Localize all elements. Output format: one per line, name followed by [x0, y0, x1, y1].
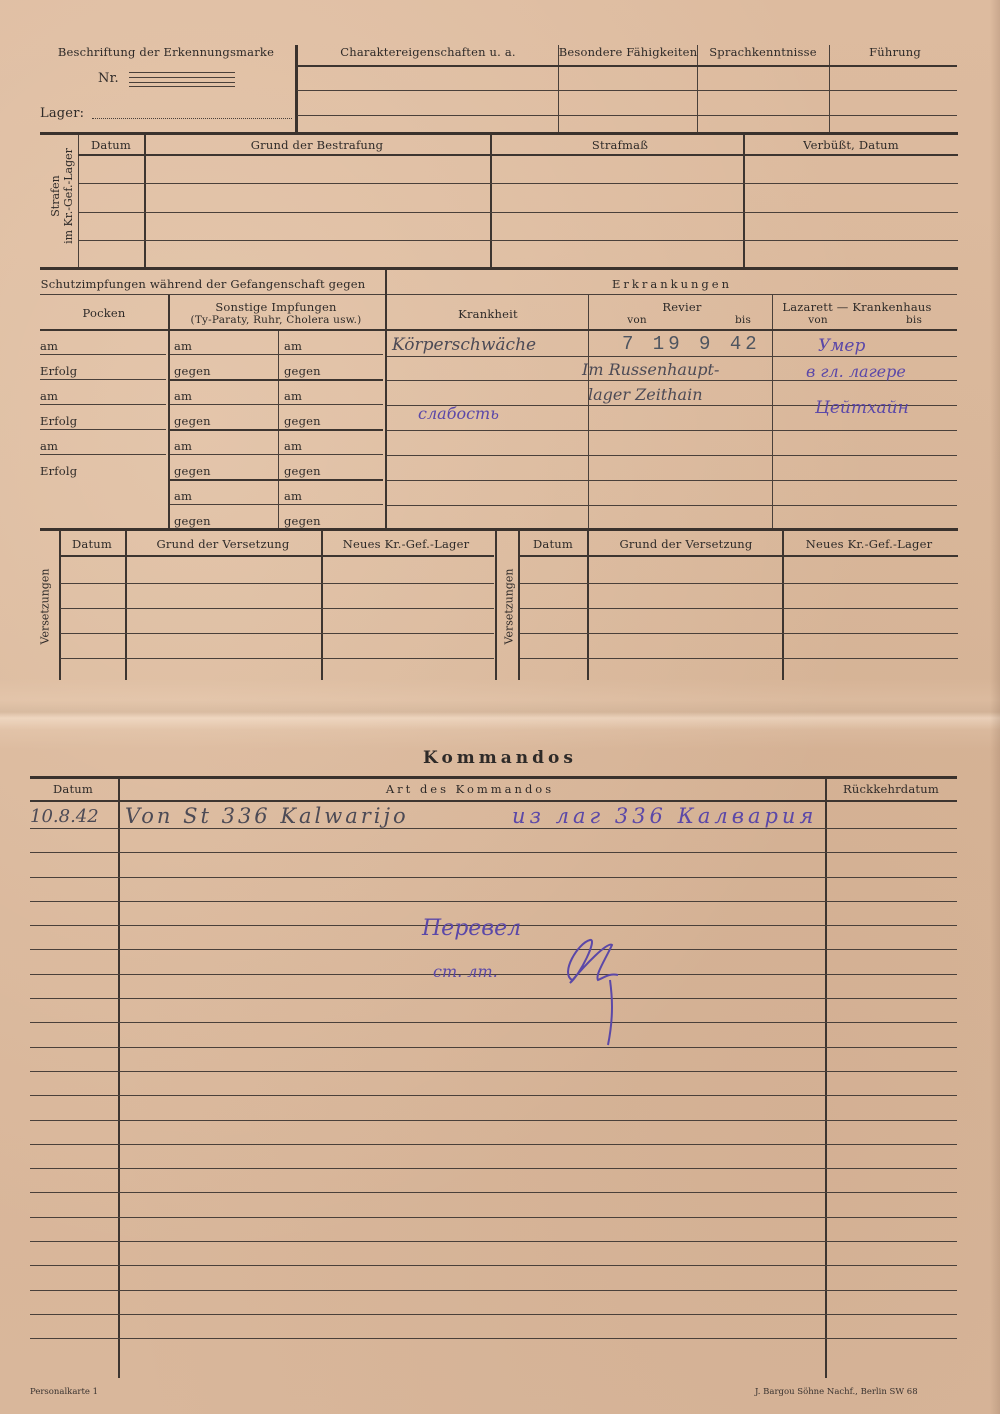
- divider: [118, 778, 120, 1378]
- versetzung-col-lager: Neues Kr.-Gef.-Lager: [343, 537, 470, 551]
- sonstige-row: gegen: [174, 364, 211, 378]
- rule: [387, 329, 957, 331]
- erkennungsmarke-label: Beschriftung der Erkennungsmarke: [58, 45, 274, 59]
- strafen-col-grund: Grund der Bestrafung: [251, 138, 383, 152]
- krankheit-label: Krankheit: [458, 307, 518, 321]
- rule: [30, 1095, 957, 1096]
- paper-edge: [990, 0, 1000, 1414]
- rule: [78, 154, 958, 156]
- kommando-note-1: Перевел: [422, 916, 521, 941]
- nr-line: [129, 72, 235, 73]
- kommandos-col-datum: Datum: [53, 782, 93, 796]
- rule: [170, 429, 383, 431]
- rule: [170, 379, 383, 381]
- rule: [170, 354, 383, 355]
- rule: [60, 555, 494, 557]
- divider: [829, 45, 830, 133]
- divider: [697, 45, 698, 133]
- strafen-side-label: Strafen im Kr.-Gef.-Lager: [49, 126, 75, 266]
- col-faehigkeiten: Besondere Fähigkeiten: [559, 45, 698, 59]
- lager-field[interactable]: [92, 118, 292, 119]
- sonstige-row: am: [174, 389, 192, 403]
- col-charakter: Charaktereigenschaften u. a.: [340, 45, 516, 59]
- sonstige-row: gegen: [174, 514, 211, 528]
- lager-label: Lager:: [40, 106, 84, 121]
- nr-line: [129, 77, 235, 78]
- sonstige-row: am: [174, 489, 192, 503]
- strafen-side-label-2: im Kr.-Gef.-Lager: [62, 126, 75, 266]
- lazarett-bis: bis: [906, 314, 922, 326]
- rule: [78, 212, 958, 213]
- rule: [170, 404, 383, 405]
- rule: [30, 1071, 957, 1072]
- pocken-row: Erfolg: [40, 464, 77, 478]
- kommando-entry-de: Von St 336 Kalwarijo: [125, 804, 409, 828]
- rule: [40, 132, 958, 135]
- rule: [60, 583, 494, 584]
- lazarett-label: Lazarett — Krankenhaus: [782, 300, 931, 314]
- rule: [387, 455, 957, 456]
- sonstige-row: am: [174, 339, 192, 353]
- fold-crease: [0, 700, 1000, 730]
- pocken-row: Erfolg: [40, 414, 77, 428]
- strafen-col-strafmass: Strafmaß: [592, 138, 648, 152]
- rule: [30, 1120, 957, 1121]
- sonstige-label: Sonstige Impfungen: [215, 300, 336, 314]
- rule: [78, 240, 958, 241]
- versetzung-col-grund: Grund der Versetzung: [620, 537, 753, 551]
- kommandos-col-rueckkehr: Rückkehrdatum: [843, 782, 939, 796]
- rule: [387, 430, 957, 431]
- rule: [387, 356, 957, 357]
- versetzungen-side-label: Versetzungen: [503, 547, 516, 667]
- strafen-col-datum: Datum: [91, 138, 131, 152]
- rule: [40, 454, 166, 455]
- strafen-col-verbuesst: Verbüßt, Datum: [803, 138, 899, 152]
- rule: [40, 429, 166, 430]
- rule: [297, 90, 957, 91]
- rule: [30, 1265, 957, 1266]
- rule: [40, 528, 958, 531]
- rule: [520, 555, 958, 557]
- rule: [30, 1217, 957, 1218]
- rule: [30, 1338, 957, 1339]
- rule: [387, 294, 957, 295]
- sonstige-row: gegen: [284, 414, 321, 428]
- divider: [385, 270, 387, 528]
- versetzung-col-datum: Datum: [533, 537, 573, 551]
- rule: [297, 115, 957, 116]
- rule: [30, 800, 957, 802]
- divider: [825, 778, 827, 1378]
- revier-date-stamp: 7 19 9 42: [622, 333, 761, 355]
- revier-bis: bis: [735, 314, 751, 326]
- revier-note-1: Im Russenhaupt-: [582, 360, 719, 379]
- rule: [520, 608, 958, 609]
- rule: [170, 479, 383, 481]
- pocken-row: Erfolg: [40, 364, 77, 378]
- rule: [40, 379, 166, 380]
- rule: [30, 1022, 957, 1023]
- rule: [30, 1192, 957, 1193]
- krankheit-entry-de: Körperschwäche: [392, 335, 536, 355]
- rule: [78, 183, 958, 184]
- divider: [295, 45, 298, 133]
- rule: [40, 267, 958, 270]
- rule: [30, 877, 957, 878]
- rule: [30, 1047, 957, 1048]
- rule: [30, 1314, 957, 1315]
- rule: [30, 1144, 957, 1145]
- rule: [520, 583, 958, 584]
- rule: [60, 608, 494, 609]
- sonstige-row: gegen: [284, 464, 321, 478]
- impfungen-title: Schutzimpfungen während der Gefangenscha…: [41, 277, 366, 291]
- rule: [40, 354, 166, 355]
- revier-von: von: [627, 314, 647, 326]
- rule: [30, 1241, 957, 1242]
- lazarett-entry-3: Цейтхайн: [815, 398, 909, 418]
- rule: [30, 998, 957, 999]
- rule: [170, 454, 383, 455]
- rule: [520, 658, 958, 659]
- erkrankungen-title: Erkrankungen: [612, 277, 732, 291]
- sonstige-row: am: [284, 439, 302, 453]
- sonstige-row: gegen: [174, 414, 211, 428]
- rule: [520, 633, 958, 634]
- versetzungen-side-label: Versetzungen: [39, 547, 52, 667]
- footer-form-id: Personalkarte 1: [30, 1387, 98, 1397]
- sonstige-row: am: [284, 389, 302, 403]
- rule: [30, 776, 957, 779]
- kommandos-col-art: Art des Kommandos: [386, 782, 554, 796]
- pocken-row: am: [40, 339, 58, 353]
- sonstige-sub: (Ty-Paraty, Ruhr, Cholera usw.): [191, 314, 362, 326]
- sonstige-row: am: [284, 489, 302, 503]
- versetzung-col-lager: Neues Kr.-Gef.-Lager: [806, 537, 933, 551]
- col-fuehrung: Führung: [869, 45, 921, 59]
- sonstige-row: am: [174, 439, 192, 453]
- revier-note-2: lager Zeithain: [588, 385, 703, 404]
- sonstige-row: gegen: [284, 514, 321, 528]
- pocken-row: am: [40, 389, 58, 403]
- lazarett-entry-2: в гл. лагере: [806, 362, 906, 381]
- rule: [170, 504, 383, 505]
- krankheit-entry-ru: слабость: [418, 404, 499, 423]
- revier-label: Revier: [662, 300, 701, 314]
- rule: [40, 404, 166, 405]
- rule: [387, 480, 957, 481]
- rule: [30, 852, 957, 853]
- kommando-entry-ru: из лаг 336 Калвария: [512, 804, 817, 828]
- lazarett-von: von: [808, 314, 828, 326]
- kommandos-title: Kommandos: [423, 748, 577, 768]
- nr-line: [129, 86, 235, 87]
- pocken-row: am: [40, 439, 58, 453]
- rule: [30, 1168, 957, 1169]
- rule: [40, 294, 385, 295]
- sonstige-row: am: [284, 339, 302, 353]
- sonstige-row: gegen: [284, 364, 321, 378]
- strafen-side-label-1: Strafen: [49, 126, 62, 266]
- kommando-entry-date: 10.8.42: [30, 806, 99, 827]
- rule: [60, 633, 494, 634]
- sonstige-row: gegen: [174, 464, 211, 478]
- col-sprachkenntnisse: Sprachkenntnisse: [709, 45, 817, 59]
- nr-label: Nr.: [98, 71, 119, 86]
- rule: [297, 65, 957, 67]
- signature-icon: [550, 935, 640, 1050]
- kommando-note-2: ст. лт.: [433, 962, 498, 981]
- rule: [30, 828, 957, 829]
- footer-printer: J. Bargou Söhne Nachf., Berlin SW 68: [755, 1387, 918, 1397]
- lazarett-entry-1: Умер: [818, 336, 865, 356]
- rule: [60, 658, 494, 659]
- versetzung-col-grund: Grund der Versetzung: [157, 537, 290, 551]
- versetzung-col-datum: Datum: [72, 537, 112, 551]
- rule: [30, 949, 957, 950]
- rule: [30, 1290, 957, 1291]
- rule: [387, 505, 957, 506]
- nr-line: [129, 82, 235, 83]
- rule: [40, 329, 385, 331]
- rule: [30, 901, 957, 902]
- divider: [495, 530, 497, 680]
- pocken-label: Pocken: [82, 306, 125, 320]
